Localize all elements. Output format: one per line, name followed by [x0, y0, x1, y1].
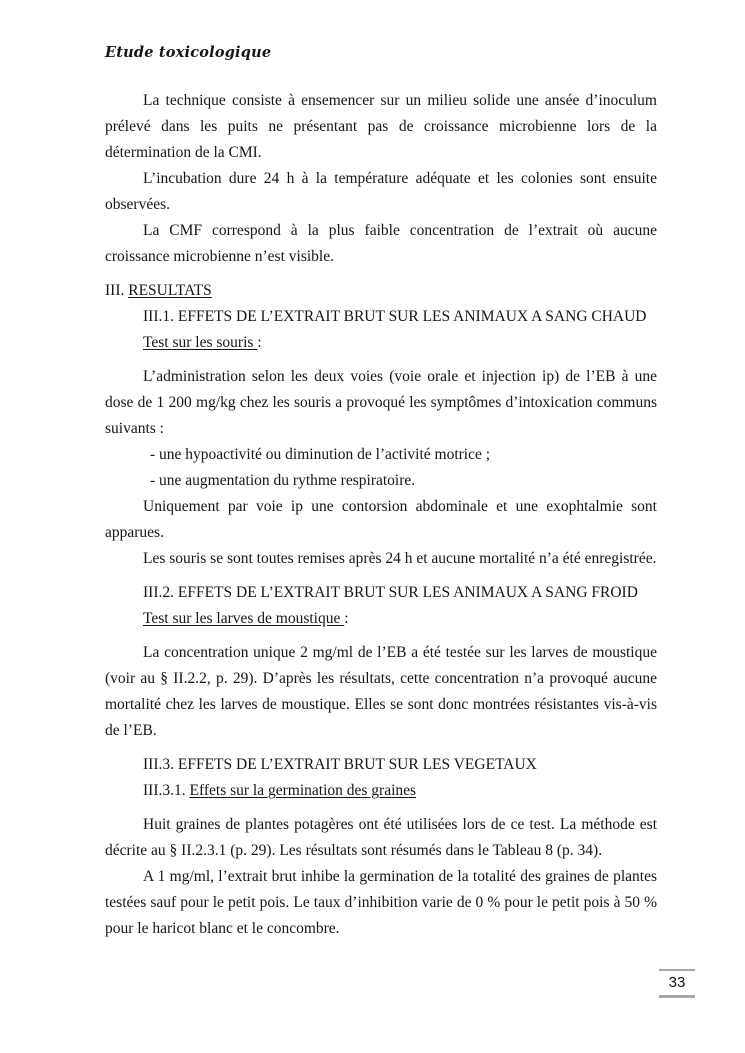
heading-resultats-prefix: III. [105, 282, 128, 299]
paragraph-inhibition: A 1 mg/ml, l’extrait brut inhibe la germ… [105, 864, 657, 942]
running-header: Etude toxicologique [105, 44, 657, 62]
subheading-test-souris: Test sur les souris : [105, 330, 657, 356]
heading-iii31-prefix: III.3.1. [143, 782, 190, 799]
page-number: 33 [659, 969, 695, 998]
paragraph-concentration: La concentration unique 2 mg/ml de l’EB … [105, 640, 657, 744]
paragraph-uniquement: Uniquement par voie ip une contorsion ab… [105, 494, 657, 546]
heading-iii31-label: Effets sur la germination des graines [190, 782, 417, 799]
heading-iii1: III.1. EFFETS DE L’EXTRAIT BRUT SUR LES … [105, 304, 657, 330]
heading-resultats-label: RESULTATS [128, 282, 211, 299]
paragraph-souris-remises: Les souris se sont toutes remises après … [105, 546, 657, 572]
subheading-test-larves: Test sur les larves de moustique : [105, 606, 657, 632]
heading-iii2: III.2. EFFETS DE L’EXTRAIT BRUT SUR LES … [105, 580, 657, 606]
paragraph-incubation: L’incubation dure 24 h à la température … [105, 166, 657, 218]
heading-iii3: III.3. EFFETS DE L’EXTRAIT BRUT SUR LES … [105, 752, 657, 778]
paragraph-administration: L’administration selon les deux voies (v… [105, 364, 657, 442]
heading-resultats: III. RESULTATS [105, 278, 657, 304]
subheading-test-larves-colon: : [344, 610, 348, 627]
paragraph-technique: La technique consiste à ensemencer sur u… [105, 88, 657, 166]
document-content: Etude toxicologique La technique consist… [105, 44, 657, 942]
subheading-test-larves-label: Test sur les larves de moustique [143, 610, 344, 627]
paragraph-huit-graines: Huit graines de plantes potagères ont ét… [105, 812, 657, 864]
paragraph-cmf: La CMF correspond à la plus faible conce… [105, 218, 657, 270]
subheading-test-souris-colon: : [257, 334, 261, 351]
document-page: Etude toxicologique La technique consist… [0, 0, 745, 1053]
subheading-test-souris-label: Test sur les souris [143, 334, 257, 351]
list-item-hypoactivite: - une hypoactivité ou diminution de l’ac… [105, 442, 657, 468]
list-item-rythme: - une augmentation du rythme respiratoir… [105, 468, 657, 494]
heading-iii31: III.3.1. Effets sur la germination des g… [105, 778, 657, 804]
